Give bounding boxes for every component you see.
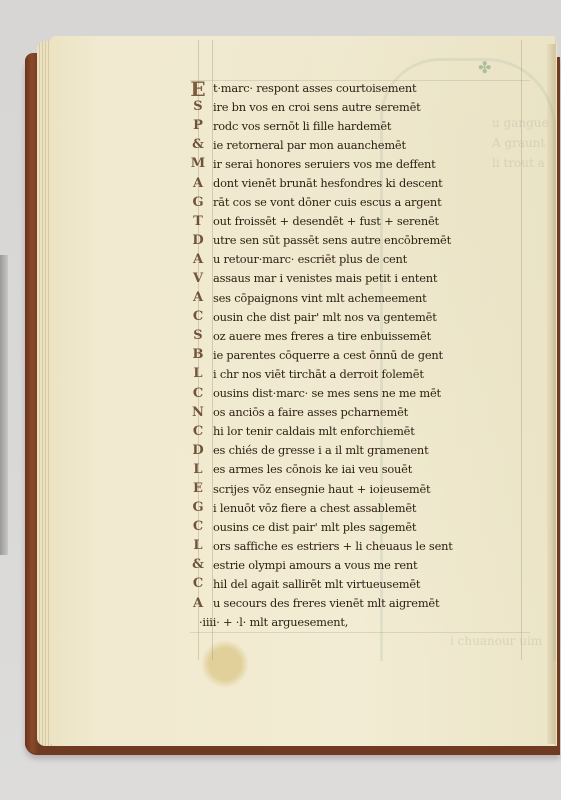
verse-text: es armes les cōnois ke iai veu souēt [207, 462, 412, 476]
line-initial: D [189, 443, 207, 458]
verse-text: ses cōpaignons vint mlt achemeement [207, 291, 427, 305]
verse-text: u retour·marc· escriēt plus de cent [207, 252, 407, 266]
verse-line: Escrijes vōz ensegnie haut + ioieusemēt [189, 479, 524, 498]
verse-text: ors saffiche es estriers + li cheuaus le… [207, 539, 453, 553]
verse-text: hil del agait sallirēt mlt virtueusemēt [207, 577, 420, 591]
line-initial: D [189, 233, 207, 248]
verse-line: Soz auere mes freres a tire enbuissemēt [189, 326, 524, 345]
verse-text: os anciōs a faire asses pcharnemēt [207, 405, 408, 419]
verse-line: Li chr nos viēt tirchāt a derroit folemē… [189, 364, 524, 383]
verse-line: Lors saffiche es estriers + li cheuaus l… [189, 536, 524, 555]
verse-text: i chr nos viēt tirchāt a derroit folemēt [207, 367, 424, 381]
verse-text: out froissēt + desendēt + fust + serenēt [207, 214, 439, 228]
line-initial: B [189, 347, 207, 362]
verse-line: Chil del agait sallirēt mlt virtueusemēt [189, 574, 524, 593]
verse-text: rodc vos sernōt li fille hardemēt [207, 119, 391, 133]
verse-text: utre sen sūt passēt sens autre encōbremē… [207, 233, 451, 247]
verse-line: Cousins ce dist pair' mlt ples sagemēt [189, 517, 524, 536]
verse-line: &ie retorneral par mon auanchemēt [189, 135, 524, 154]
verse-line: Cousins dist·marc· se mes sens ne me mēt [189, 384, 524, 403]
line-initial: A [189, 596, 207, 611]
line-initial: A [189, 252, 207, 267]
line-initial: S [189, 99, 207, 114]
leaf-ornament-icon: ✤ [478, 60, 496, 76]
verse-text: ousins dist·marc· se mes sens ne me mēt [207, 386, 441, 400]
verse-line: Sire bn vos en croi sens autre seremēt [189, 97, 524, 116]
line-initial: V [189, 271, 207, 286]
verse-line: Mir serai honores seruiers vos me deffen… [189, 154, 524, 173]
verse-text: ir serai honores seruiers vos me deffent [207, 157, 436, 171]
verse-text: dont vienēt brunāt hesfondres ki descent [207, 176, 443, 190]
verse-line-final: ·iiii· + ·l· mlt arguesement, [189, 613, 524, 632]
verse-line: Bie parentes cōquerre a cest ōnnū de gen… [189, 345, 524, 364]
verse-text: oz auere mes freres a tire enbuissemēt [207, 329, 431, 343]
verse-line: Les armes les cōnois ke iai veu souēt [189, 460, 524, 479]
verse-text: t·marc· respont asses courtoisement [207, 81, 416, 95]
verse-text: u secours des freres vienēt mlt aigremēt [207, 596, 439, 610]
line-initial: M [189, 156, 207, 171]
line-initial: C [189, 576, 207, 591]
verse-line: Gi lenuōt vōz fiere a chest assablemēt [189, 498, 524, 517]
verse-text: es chiés de gresse i a il mlt gramenent [207, 443, 428, 457]
line-initial: P [189, 118, 207, 133]
verse-line: Grāt cos se vont dōner cuis escus a arge… [189, 193, 524, 212]
verse-line: Au retour·marc· escriēt plus de cent [189, 250, 524, 269]
verse-line: Ases cōpaignons vint mlt achemeement [189, 288, 524, 307]
verse-line: Dutre sen sūt passēt sens autre encōbrem… [189, 231, 524, 250]
line-initial: E [189, 481, 207, 496]
background-shadow [0, 255, 8, 555]
line-initial: A [189, 290, 207, 305]
verse-line: Nos anciōs a faire asses pcharnemēt [189, 403, 524, 422]
verse-line: Prodc vos sernōt li fille hardemēt [189, 116, 524, 135]
verse-line: Adont vienēt brunāt hesfondres ki descen… [189, 173, 524, 192]
verse-line: &estrie olympi amours a vous me rent [189, 555, 524, 574]
verse-text: ·iiii· + ·l· mlt arguesement, [199, 615, 348, 629]
verse-line: Cousin che dist pair' mlt nos va gentemē… [189, 307, 524, 326]
verse-text: scrijes vōz ensegnie haut + ioieusemēt [207, 482, 430, 496]
ruling-line-bottom [190, 632, 530, 633]
bleed-through-text: i chuanour uim [450, 634, 542, 648]
line-initial: C [189, 519, 207, 534]
line-initial: G [189, 500, 207, 515]
verse-text: ie retorneral par mon auanchemēt [207, 138, 406, 152]
line-initial: N [189, 405, 207, 420]
line-initial: & [189, 557, 207, 572]
verse-line: Chi lor tenir caldais mlt enforchiemēt [189, 422, 524, 441]
line-initial: C [189, 309, 207, 324]
verse-text: ie parentes cōquerre a cest ōnnū de gent [207, 348, 443, 362]
line-initial: T [189, 214, 207, 229]
line-initial: C [189, 386, 207, 401]
verse-text: hi lor tenir caldais mlt enforchiemēt [207, 424, 415, 438]
verse-text: assaus mar i venistes mais petit i enten… [207, 271, 437, 285]
verse-text: ousin che dist pair' mlt nos va gentemēt [207, 310, 437, 324]
line-initial: L [189, 538, 207, 553]
line-initial: L [189, 366, 207, 381]
line-initial: S [189, 328, 207, 343]
verse-text: i lenuōt vōz fiere a chest assablemēt [207, 501, 416, 515]
verse-text: ire bn vos en croi sens autre seremēt [207, 100, 421, 114]
line-initial: G [189, 195, 207, 210]
line-initial: A [189, 176, 207, 191]
verse-text: estrie olympi amours a vous me rent [207, 558, 417, 572]
verse-line: Au secours des freres vienēt mlt aigremē… [189, 594, 524, 613]
verse-text-block: Et·marc· respont asses courtoisement Sir… [189, 78, 524, 632]
verse-line: Des chiés de gresse i a il mlt gramenent [189, 441, 524, 460]
verse-text: rāt cos se vont dōner cuis escus a argen… [207, 195, 441, 209]
line-initial: & [189, 137, 207, 152]
verse-line: Et·marc· respont asses courtoisement [189, 78, 524, 97]
line-initial: L [189, 462, 207, 477]
verse-line: Tout froissēt + desendēt + fust + serenē… [189, 212, 524, 231]
verse-line: Vassaus mar i venistes mais petit i ente… [189, 269, 524, 288]
verse-text: ousins ce dist pair' mlt ples sagemēt [207, 520, 416, 534]
line-initial: C [189, 424, 207, 439]
